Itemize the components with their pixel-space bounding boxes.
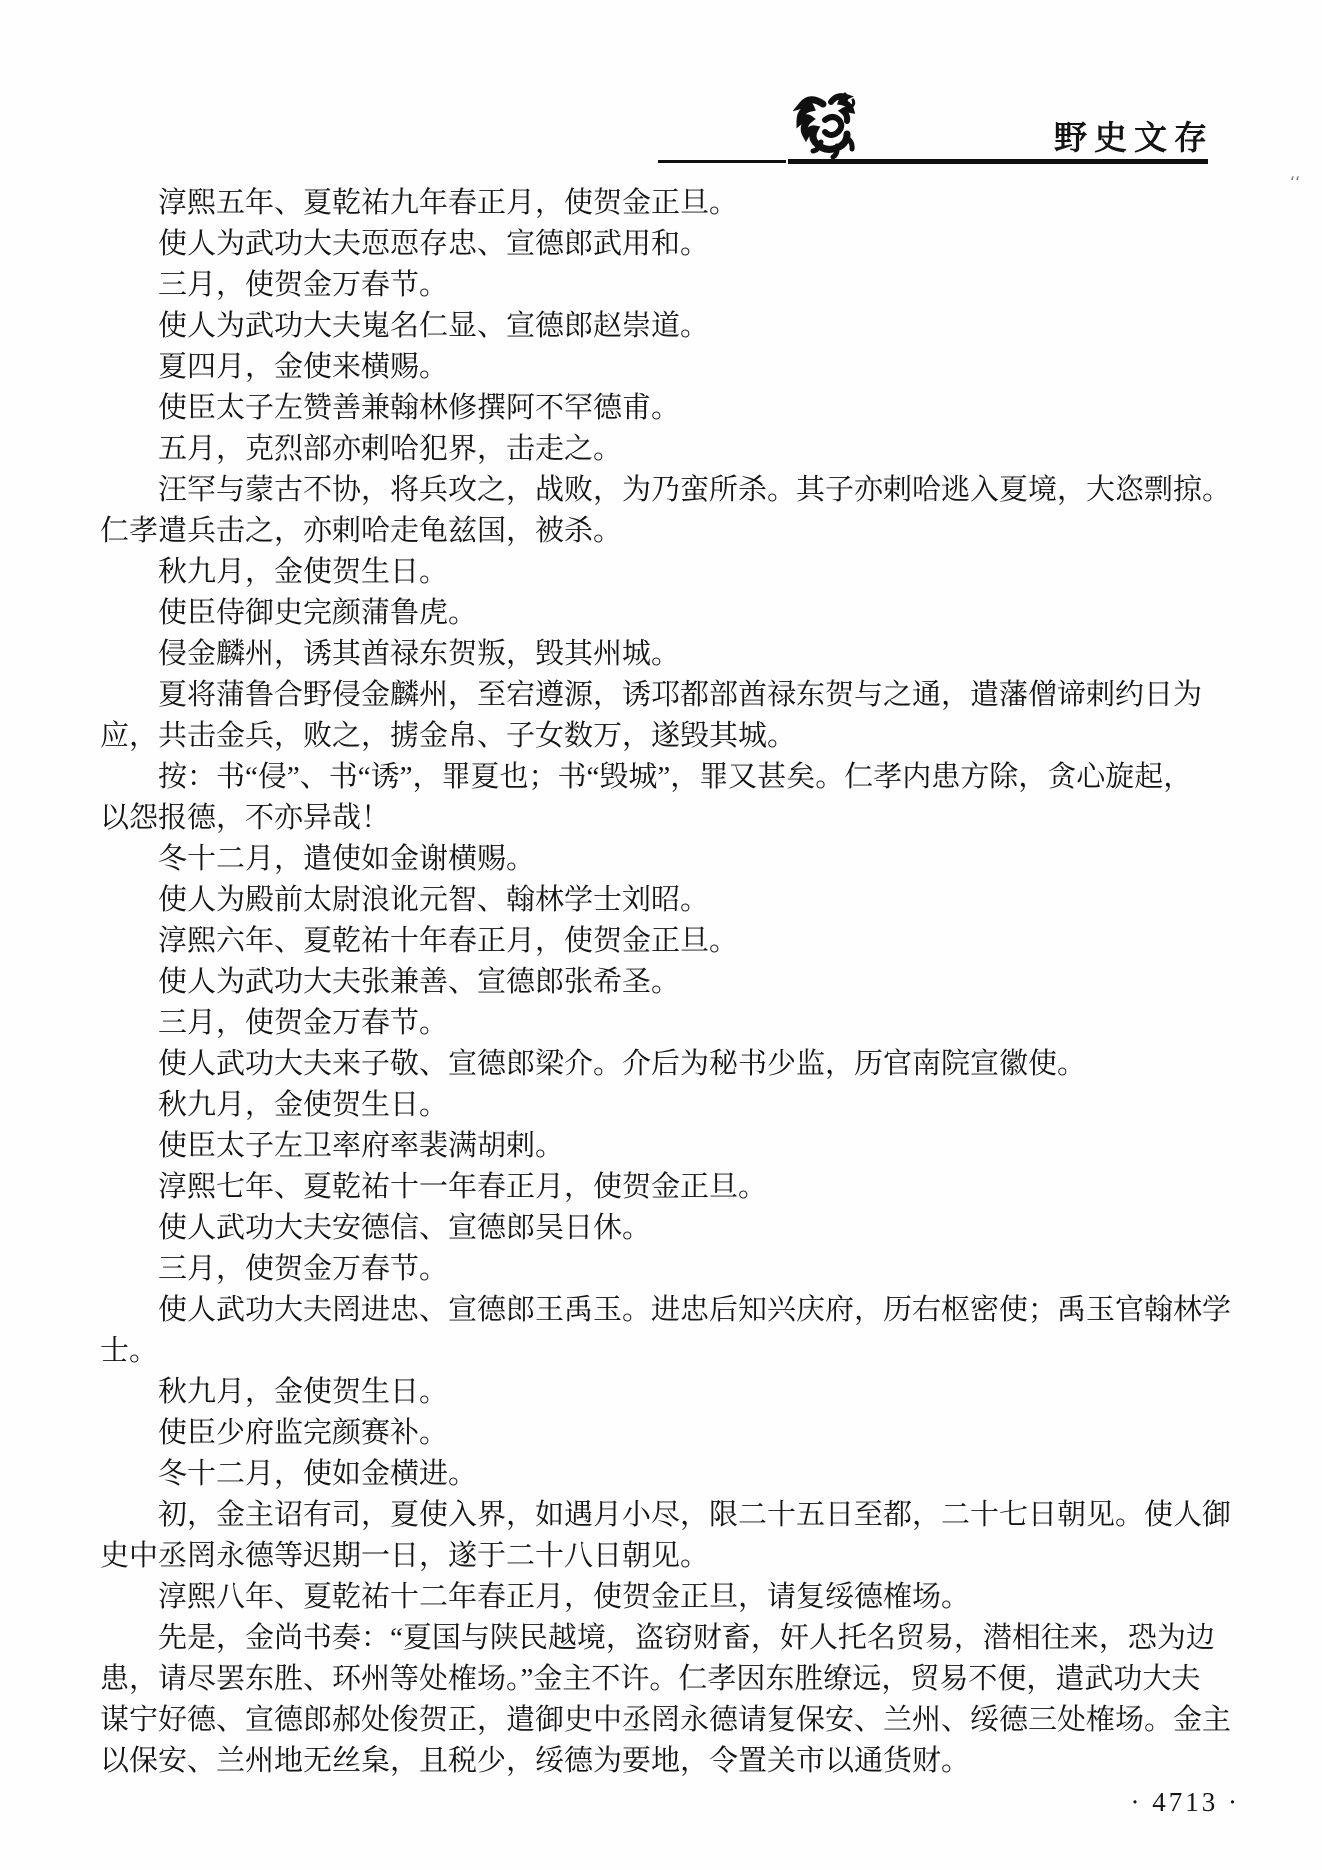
text-line: 使臣太子左卫率府率裴满胡剌。	[100, 1126, 1245, 1167]
dragon-emblem	[793, 90, 863, 160]
text-line: 秋九月，金使贺生日。	[100, 1372, 1245, 1413]
body-lines: 淳熙五年、夏乾祐九年春正月，使贺金正旦。使人为武功大夫恧恧存忠、宣德郎武用和。三…	[100, 183, 1245, 1782]
scan-artifact-mark: ʻʻ	[1290, 176, 1300, 206]
text-line: 淳熙六年、夏乾祐十年春正月，使贺金正旦。	[100, 921, 1245, 962]
text-line: 冬十二月，使如金横进。	[100, 1454, 1245, 1495]
text-line: 使臣侍御史完颜蒲鲁虎。	[100, 593, 1245, 634]
text-line: 患，请尽罢东胜、环州等处榷场。”金主不许。仁孝因东胜缭远，贸易不便，遣武功大夫	[100, 1659, 1245, 1700]
text-line: 使人为武功大夫嵬名仁显、宣德郎赵崇道。	[100, 306, 1245, 347]
running-head-title: 野史文存	[1054, 112, 1214, 159]
text-line: 应，共击金兵，败之，掳金帛、子女数万，遂毁其城。	[100, 716, 1245, 757]
text-line: 五月，克烈部亦剌哈犯界，击走之。	[100, 429, 1245, 470]
text-line: 使人为武功大夫张兼善、宣德郎张希圣。	[100, 962, 1245, 1003]
text-line: 侵金麟州，诱其酋禄东贺叛，毁其州城。	[100, 634, 1245, 675]
text-line: 夏将蒲鲁合野侵金麟州，至宕遵源，诱邛都部酋禄东贺与之通，遣藩僧谛剌约日为	[100, 675, 1245, 716]
text-line: 使人为殿前太尉浪讹元智、翰林学士刘昭。	[100, 880, 1245, 921]
text-line: 史中丞罔永德等迟期一日，遂于二十八日朝见。	[100, 1536, 1245, 1577]
text-line: 淳熙五年、夏乾祐九年春正月，使贺金正旦。	[100, 183, 1245, 224]
text-line: 士。	[100, 1331, 1245, 1372]
text-line: 淳熙七年、夏乾祐十一年春正月，使贺金正旦。	[100, 1167, 1245, 1208]
text-line: 秋九月，金使贺生日。	[100, 1085, 1245, 1126]
text-line: 冬十二月，遣使如金谢横赐。	[100, 839, 1245, 880]
page-number: · 4713 ·	[1131, 1787, 1240, 1818]
text-line: 汪罕与蒙古不协，将兵攻之，战败，为乃蛮所杀。其子亦剌哈逃入夏境，大恣剽掠。	[100, 470, 1245, 511]
text-line: 秋九月，金使贺生日。	[100, 552, 1245, 593]
text-line: 三月，使贺金万春节。	[100, 1249, 1245, 1290]
text-line: 使臣太子左赞善兼翰林修撰阿不罕德甫。	[100, 388, 1245, 429]
text-line: 夏四月，金使来横赐。	[100, 347, 1245, 388]
text-line: 使人武功大夫安德信、宣德郎吴日休。	[100, 1208, 1245, 1249]
text-line: 仁孝遣兵击之，亦剌哈走龟兹国，被杀。	[100, 511, 1245, 552]
text-line: 使人为武功大夫恧恧存忠、宣德郎武用和。	[100, 224, 1245, 265]
text-line: 谋宁好德、宣德郎郝处俊贺正，遣御史中丞罔永德请复保安、兰州、绥德三处榷场。金主	[100, 1700, 1245, 1741]
text-line: 以怨报德，不亦异哉！	[100, 798, 1245, 839]
text-line: 使臣少府监完颜赛补。	[100, 1413, 1245, 1454]
text-line: 先是，金尚书奏：“夏国与陕民越境，盗窃财畜，奸人托名贸易，潜相往来，恐为边	[100, 1618, 1245, 1659]
text-line: 使人武功大夫来子敬、宣德郎梁介。介后为秘书少监，历官南院宣徽使。	[100, 1044, 1245, 1085]
text-line: 以保安、兰州地无丝枲，且税少，绥德为要地，令置关市以通货财。	[100, 1741, 1245, 1782]
text-line: 初，金主诏有司，夏使入界，如遇月小尽，限二十五日至都，二十七日朝见。使人御	[100, 1495, 1245, 1536]
text-line: 淳熙八年、夏乾祐十二年春正月，使贺金正旦，请复绥德榷场。	[100, 1577, 1245, 1618]
header-rule	[788, 159, 1208, 164]
book-page: 野史文存 ʻʻ 淳熙五年、夏乾祐九年春正月，使贺金正旦。使人为武功大夫恧恧存忠、…	[0, 0, 1322, 1870]
text-line: 使人武功大夫罔进忠、宣德郎王禹玉。进忠后知兴庆府，历右枢密使；禹玉官翰林学	[100, 1290, 1245, 1331]
text-line: 按：书“侵”、书“诱”，罪夏也；书“毁城”，罪又甚矣。仁孝内患方除，贪心旋起，	[100, 757, 1245, 798]
text-line: 三月，使贺金万春节。	[100, 1003, 1245, 1044]
text-line: 三月，使贺金万春节。	[100, 265, 1245, 306]
